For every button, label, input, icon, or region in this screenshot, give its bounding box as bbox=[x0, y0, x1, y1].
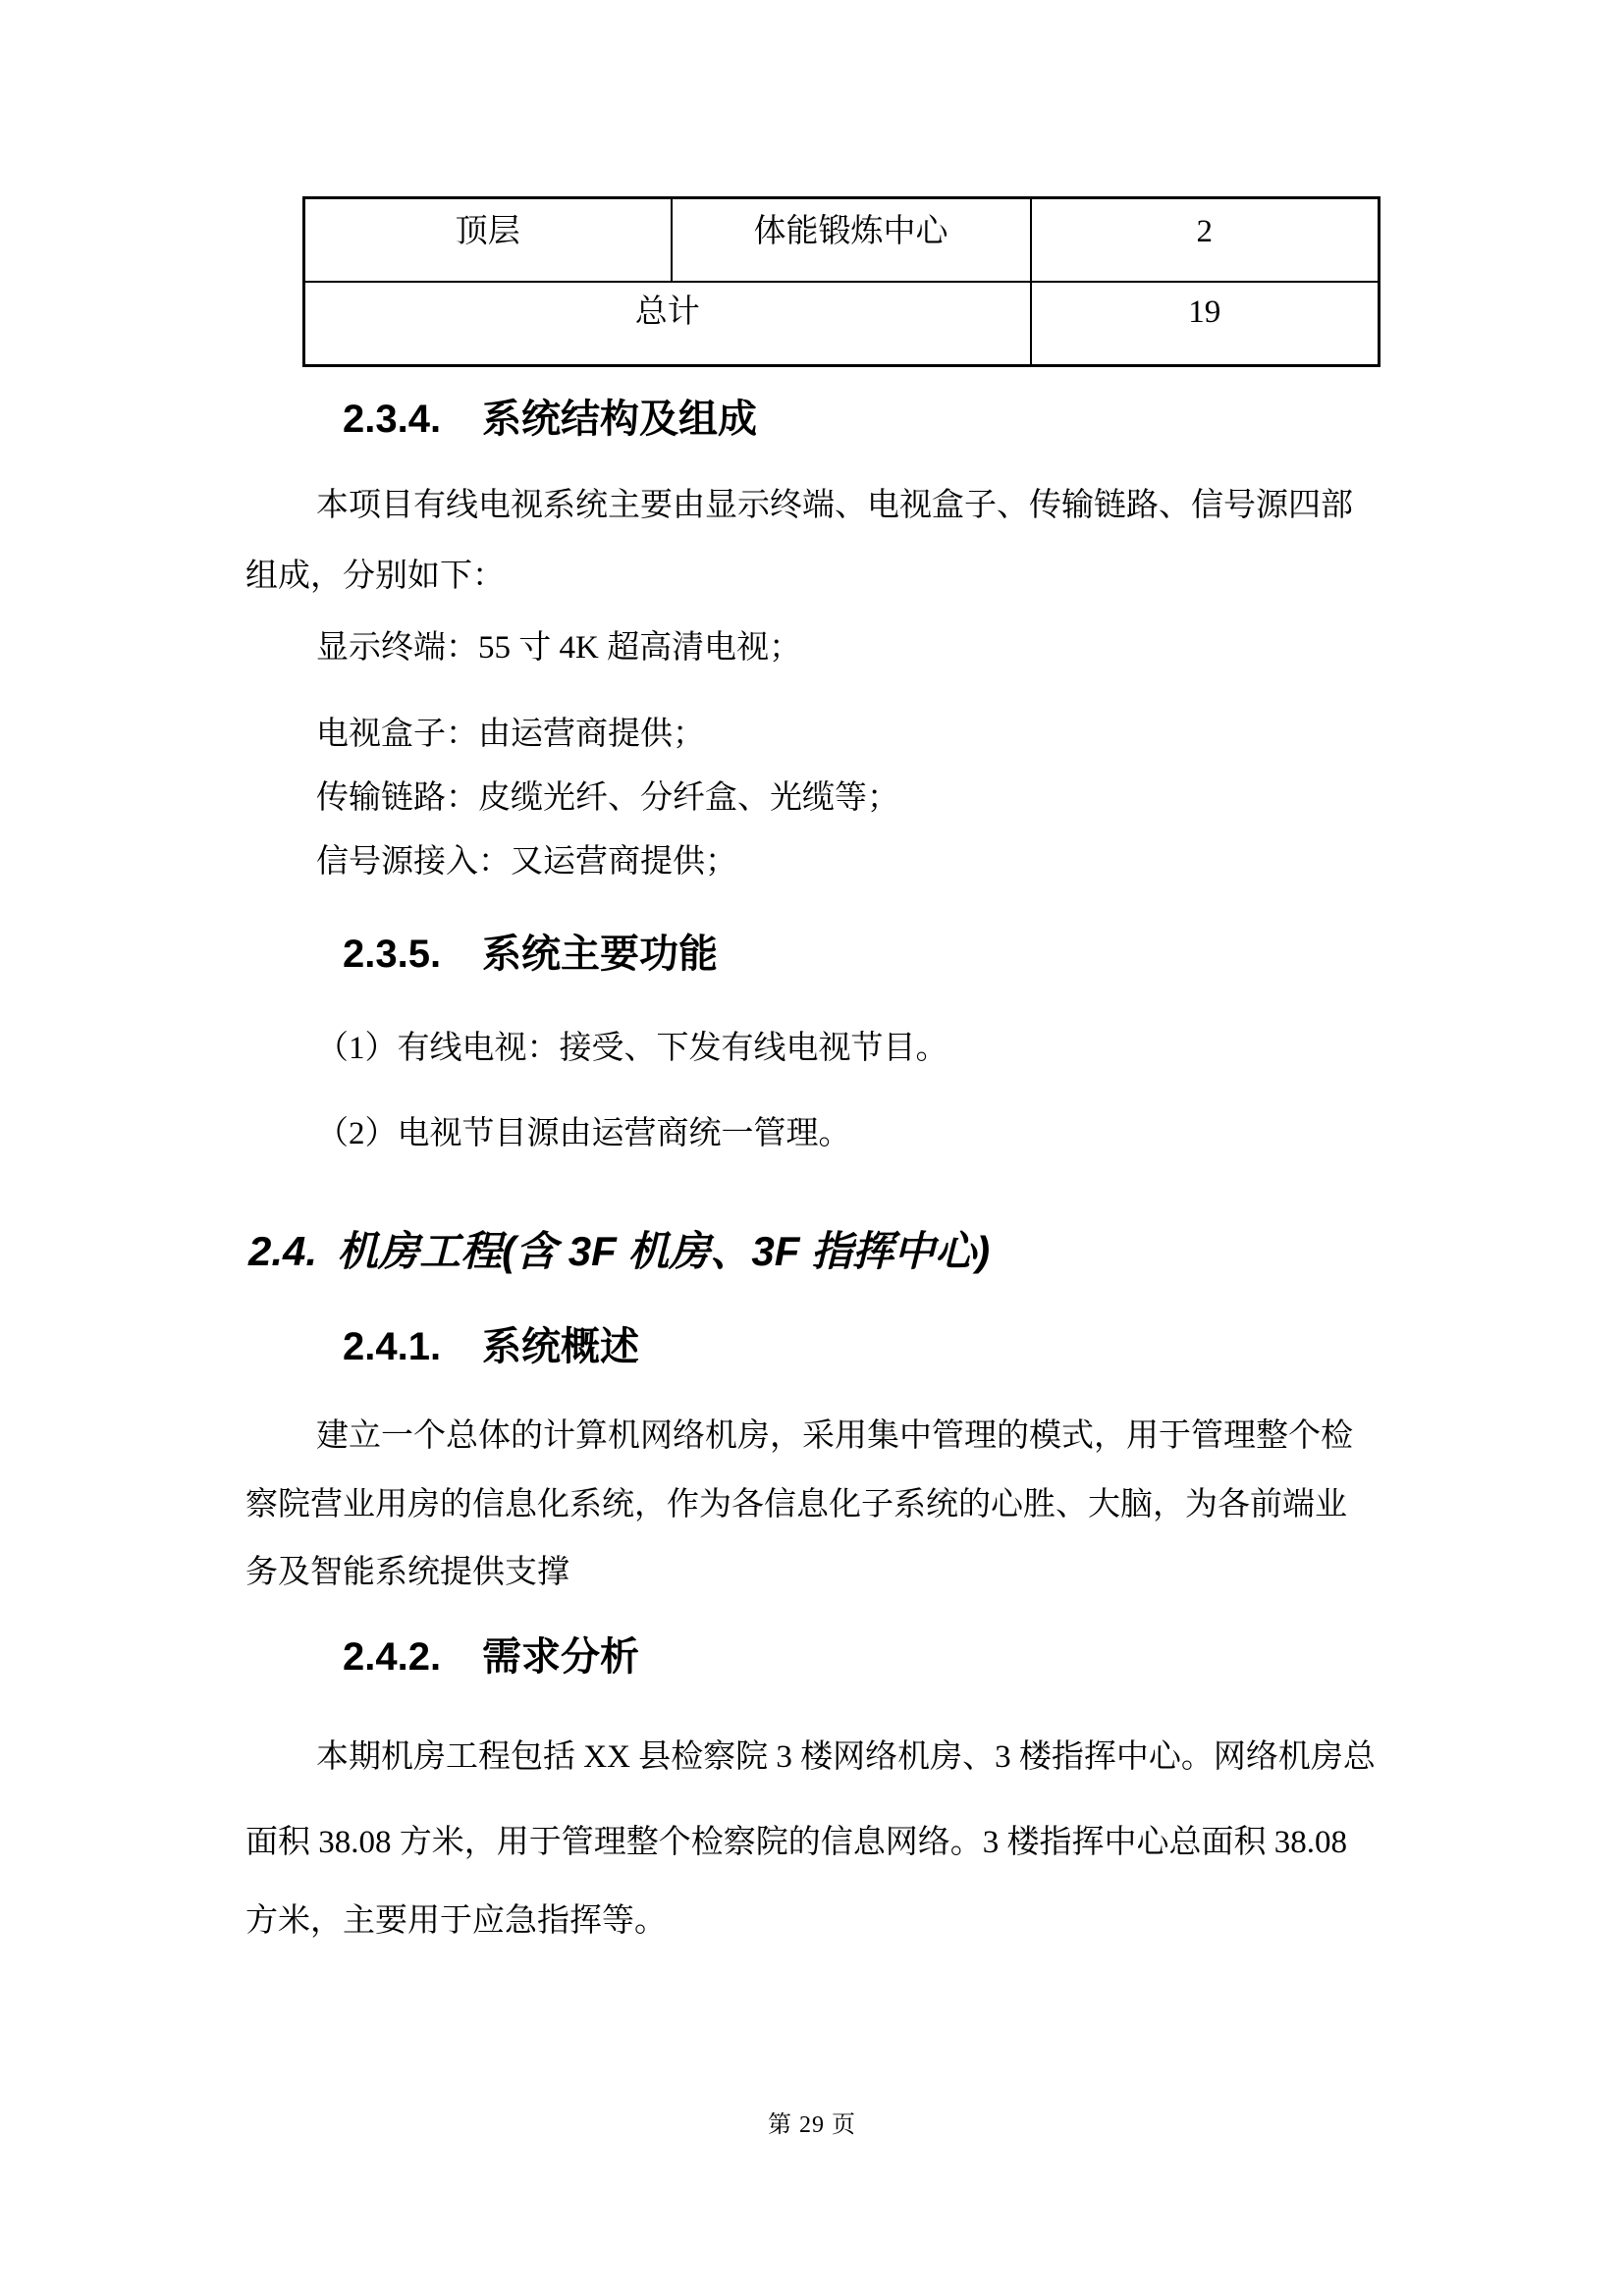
paragraph-line: 本项目有线电视系统主要由显示终端、电视盒子、传输链路、信号源四部 bbox=[316, 486, 1353, 525]
heading-number: 2.3.5. bbox=[343, 931, 453, 978]
heading-title: 系统主要功能 bbox=[482, 931, 718, 978]
list-item-display-terminal: 显示终端：55 寸 4K 超高清电视； bbox=[316, 628, 801, 667]
heading-number: 2.4. bbox=[248, 1227, 317, 1276]
list-item-transmission: 传输链路：皮缆光纤、分纤盒、光缆等； bbox=[316, 778, 899, 818]
paragraph-line: 组成，分别如下： bbox=[245, 557, 505, 596]
paragraph-line: 方米，主要用于应急指挥等。 bbox=[245, 1901, 667, 1941]
paragraph-line: 建立一个总体的计算机网络机房，采用集中管理的模式，用于管理整个检 bbox=[316, 1416, 1353, 1456]
heading-title: 需求分析 bbox=[482, 1633, 639, 1681]
heading-2-4: 2.4. 机房工程(含 3F 机房、3F 指挥中心) bbox=[248, 1227, 990, 1276]
table-row-total: 总计 19 bbox=[304, 282, 1380, 366]
table-cell-count: 2 bbox=[1031, 198, 1380, 282]
heading-2-3-4: 2.3.4. 系统结构及组成 bbox=[343, 396, 757, 443]
table-cell-total-count: 19 bbox=[1031, 282, 1380, 366]
heading-number: 2.4.2. bbox=[343, 1633, 453, 1681]
function-item-1: （1）有线电视：接受、下发有线电视节目。 bbox=[316, 1029, 948, 1068]
paragraph-line: 务及智能系统提供支撑 bbox=[245, 1553, 569, 1592]
summary-table: 顶层 体能锻炼中心 2 总计 19 bbox=[302, 196, 1380, 367]
table-cell-room: 体能锻炼中心 bbox=[672, 198, 1031, 282]
paragraph-line: 本期机房工程包括 XX 县检察院 3 楼网络机房、3 楼指挥中心。网络机房总 bbox=[316, 1737, 1376, 1777]
function-item-2: （2）电视节目源由运营商统一管理。 bbox=[316, 1114, 851, 1153]
table-row-top-floor: 顶层 体能锻炼中心 2 bbox=[304, 198, 1380, 282]
heading-number: 2.4.1. bbox=[343, 1323, 453, 1370]
table-cell-total-label: 总计 bbox=[304, 282, 1031, 366]
list-item-tv-box: 电视盒子：由运营商提供； bbox=[316, 715, 705, 754]
document-page: 顶层 体能锻炼中心 2 总计 19 2.3.4. 系统结构及组成 本项目有线电视… bbox=[0, 0, 1624, 2296]
heading-2-4-2: 2.4.2. 需求分析 bbox=[343, 1633, 639, 1681]
paragraph-line: 察院营业用房的信息化系统，作为各信息化子系统的心胜、大脑，为各前端业 bbox=[245, 1485, 1347, 1524]
heading-title: 机房工程(含 3F 机房、3F 指挥中心) bbox=[337, 1227, 990, 1276]
heading-title: 系统概述 bbox=[482, 1323, 639, 1370]
paragraph-line: 面积 38.08 方米，用于管理整个检察院的信息网络。3 楼指挥中心总面积 38… bbox=[245, 1823, 1347, 1862]
page-number-footer: 第 29 页 bbox=[0, 2110, 1624, 2140]
heading-number: 2.3.4. bbox=[343, 396, 453, 443]
list-item-signal-source: 信号源接入：又运营商提供； bbox=[316, 842, 737, 881]
table-cell-floor: 顶层 bbox=[304, 198, 672, 282]
heading-title: 系统结构及组成 bbox=[482, 396, 757, 443]
heading-2-4-1: 2.4.1. 系统概述 bbox=[343, 1323, 639, 1370]
heading-2-3-5: 2.3.5. 系统主要功能 bbox=[343, 931, 718, 978]
